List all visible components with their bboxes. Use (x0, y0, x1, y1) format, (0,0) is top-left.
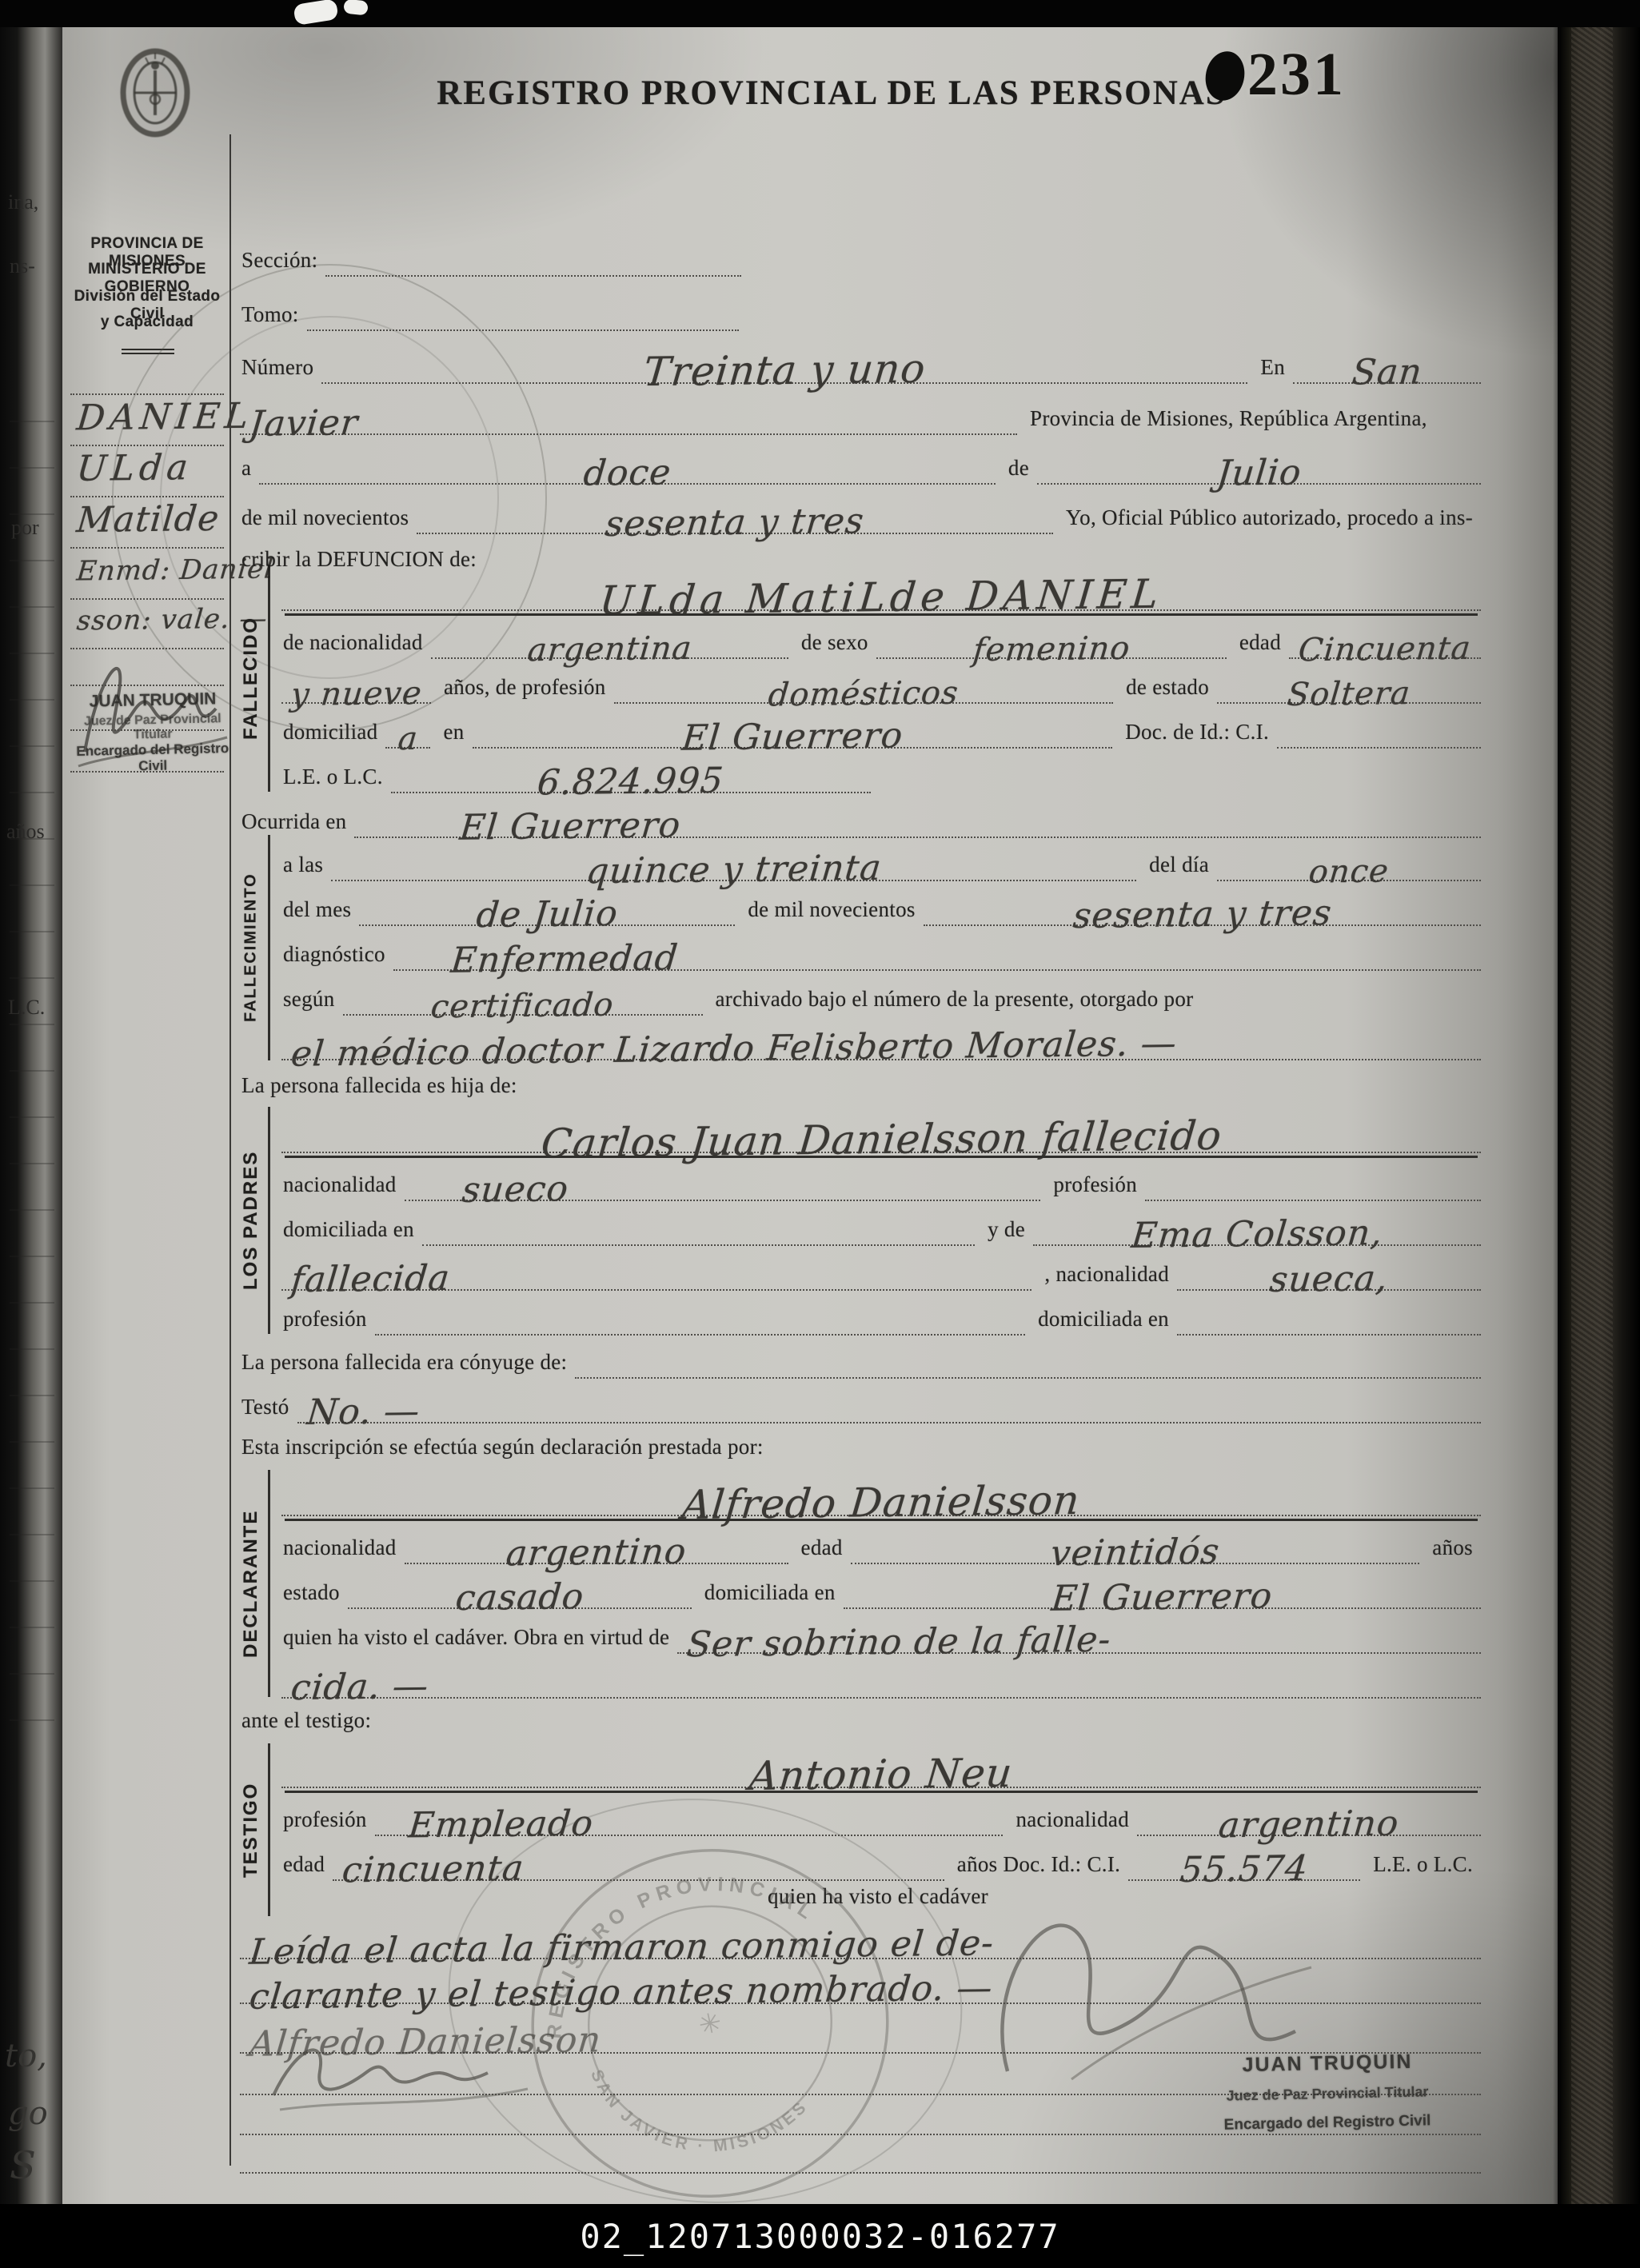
anio-label: de mil novecientos (735, 897, 923, 926)
sidebar-writing-line (70, 445, 224, 446)
numero-label: Número (240, 355, 321, 384)
page-content: REGISTRO PROVINCIAL DE LAS PERSONAS 231 … (0, 0, 1640, 2268)
obra-virtud-row: quien ha visto el cadáver. Obra en virtu… (281, 1611, 1481, 1654)
numero-field: Treinta y uno (321, 333, 1247, 384)
section-bar (268, 565, 270, 792)
edge-text-fragment: años (6, 820, 45, 844)
adjacent-page-line-stubs (10, 376, 54, 1727)
sidebar-writing-line (70, 598, 224, 600)
photo-top-edge (0, 0, 1640, 27)
padre-nacionalidad-field: sueco (405, 1156, 1041, 1201)
seccion-field (325, 232, 741, 277)
domicilio-a-field: a (385, 704, 430, 749)
sidebar-writing-line (70, 771, 224, 773)
declarante-name-row: Alfredo Danielsson (281, 1467, 1481, 1516)
estado-label: de estado (1113, 675, 1217, 704)
padre-profesion-field (1145, 1156, 1481, 1201)
dia-field: once (1217, 837, 1481, 881)
margin-index-name: ULda (75, 452, 194, 485)
de-label: de (996, 456, 1037, 485)
medico-field: el médico doctor Lizardo Felisberto Mora… (281, 1014, 1481, 1060)
testigo-name-field: Antonio Neu (281, 1739, 1481, 1788)
nacionalidad-label: de nacionalidad (281, 630, 431, 659)
tomo-row: Tomo: (240, 288, 1481, 331)
a-label: a (240, 456, 259, 485)
le-lc-field: 6.824.995 (391, 749, 871, 793)
localidad-field: Javier (240, 387, 1017, 435)
official-name-stamp: JUAN TRUQUIN (77, 689, 229, 712)
sidebar-writing-line (70, 547, 224, 549)
svg-text:SAN JAVIER · MISIONES: SAN JAVIER · MISIONES (586, 2026, 817, 2180)
fallecido-name-field: ULda MatiLde DANIEL (281, 560, 1481, 611)
tomo-field (307, 286, 739, 331)
mes-value: Julio (1215, 457, 1303, 490)
nacionalidad2-label: , nacionalidad (1031, 1262, 1177, 1291)
stamp-arc-bottom-text: SAN JAVIER · MISIONES (586, 2026, 817, 2180)
virtud-cont-field: cida. — (281, 1654, 1481, 1699)
mes-row: del mes de Julio de mil novecientos sese… (281, 883, 1481, 926)
domicilio-en-label: en (430, 720, 472, 749)
conyuge-text: La persona fallecida era cónyuge de: (240, 1350, 575, 1379)
hija-de-row: La persona fallecida es hija de: (240, 1064, 1481, 1102)
hija-de-text: La persona fallecida es hija de: (240, 1073, 525, 1102)
padre-name-field: Carlos Juan Danielsson fallecido (281, 1102, 1481, 1153)
anos-label: años (1419, 1535, 1481, 1564)
dia-value: doce (582, 457, 672, 490)
en-label: En (1247, 355, 1293, 384)
estado-field: Soltera (1217, 659, 1481, 704)
conyuge-field (575, 1336, 1481, 1379)
provincia-text: Provincia de Misiones, República Argenti… (1017, 406, 1435, 435)
adjacent-page-edge: ina, ns- por años L.C. to, go S (0, 0, 62, 2268)
declarante-estado-value: casado (454, 1581, 585, 1615)
edge-text-fragment: L.C. (8, 996, 45, 1020)
certificado-row: según certificado archivado bajo el núme… (281, 972, 1481, 1016)
edge-text-fragment: por (11, 516, 39, 540)
tomo-label: Tomo: (240, 302, 307, 331)
diagnostico-row: diagnóstico Enfermedad (281, 928, 1481, 971)
domicilio-field: El Guerrero (473, 704, 1113, 749)
virtud-cont-row: cida. — (281, 1655, 1481, 1699)
testo-row: Testó No. — (240, 1380, 1481, 1423)
fallecido-name-row: ULda MatiLde DANIEL (281, 561, 1481, 611)
fallecido-name: ULda MatiLde DANIEL (598, 577, 1164, 620)
profesion-field: domésticos (614, 659, 1113, 704)
ocurrida-field: El Guerrero (354, 792, 1481, 838)
ante-testigo-text: ante el testigo: (240, 1708, 379, 1737)
anio-field: sesenta y tres (924, 881, 1481, 926)
edad-label: edad (281, 1852, 333, 1881)
declarante-name: Alfredo Danielsson (680, 1483, 1082, 1523)
page-number-stamp: 231 (1247, 40, 1346, 110)
diagnostico-field: Enfermedad (393, 926, 1481, 971)
inscripcion-row: Esta inscripción se efectúa según declar… (240, 1425, 1481, 1463)
medico-row: el médico doctor Lizardo Felisberto Mora… (281, 1016, 1481, 1060)
nacionalidad-label: nacionalidad (1003, 1807, 1137, 1836)
sidebar-writing-line (70, 685, 224, 686)
signature-scribble (264, 2015, 608, 2119)
madre-profesion-field (375, 1291, 1025, 1336)
ocurrida-row: Ocurrida en El Guerrero (240, 793, 1481, 838)
declarante-estado-field: casado (348, 1564, 692, 1609)
hora-row: a las quince y treinta del día once (281, 838, 1481, 881)
fallecida-field: fallecida (281, 1246, 1031, 1291)
anio-label: de mil novecientos (240, 505, 417, 534)
sexo-field: femenino (876, 614, 1227, 659)
scan-footer-bar: 02_120713000032-016277 (0, 2204, 1640, 2268)
nacionalidad-label: nacionalidad (281, 1535, 405, 1564)
anio-field: sesenta y tres (417, 486, 1053, 534)
domiciliada-label: domiciliada en (281, 1217, 422, 1246)
section-label-testigo: TESTIGO (237, 1743, 265, 1916)
dia-field: doce (259, 437, 996, 485)
section-bar (268, 1743, 270, 1916)
domiciliada2-label: domiciliada en (1025, 1307, 1177, 1336)
edge-text-fragment: S (10, 2143, 36, 2188)
testo-value: No. — (305, 1396, 421, 1429)
margin-index-surname: DANIEL (75, 401, 254, 434)
virtud-field: Ser sobrino de la falle- (677, 1609, 1481, 1654)
diagnostico-label: diagnóstico (281, 942, 393, 971)
inscripcion-text: Esta inscripción se efectúa según declar… (240, 1435, 772, 1463)
page-title: REGISTRO PROVINCIAL DE LAS PERSONAS (432, 74, 1231, 113)
en-value: San (1351, 357, 1423, 389)
mes-label: del mes (281, 897, 359, 926)
declarante-domicilio-field: El Guerrero (844, 1564, 1481, 1609)
testigo-name-row: Antonio Neu (281, 1740, 1481, 1788)
fallecido-domicilio-row: domiciliad a en El Guerrero Doc. de Id.:… (281, 705, 1481, 749)
spine-cloth-texture (1571, 0, 1613, 2268)
dia-label: del día (1136, 852, 1217, 881)
y-de-label: y de (975, 1217, 1033, 1246)
visto-obra-label: quien ha visto el cadáver. Obra en virtu… (281, 1625, 677, 1654)
edge-text-fragment: ns- (10, 254, 35, 278)
mes-field: de Julio (359, 881, 735, 926)
section-bar (268, 1107, 270, 1334)
madre-nacionalidad-field: sueca, (1177, 1246, 1481, 1291)
edge-text-fragment: ina, (8, 190, 38, 214)
scan-reference-code: 02_120713000032-016277 (580, 2217, 1059, 2256)
profesion2-label: profesión (281, 1307, 375, 1336)
seccion-label: Sección: (240, 248, 325, 277)
certificado-field: certificado (343, 971, 703, 1016)
stamp-center-star: ✳ (696, 2007, 725, 2041)
ante-testigo-row: ante el testigo: (240, 1700, 1481, 1737)
estado-label: estado (281, 1580, 348, 1609)
numero-row: Número Treinta y uno En San (240, 334, 1481, 384)
seccion-row: Sección: (240, 234, 1481, 277)
domicilio-label: domiciliad (281, 720, 385, 749)
conyuge-row: La persona fallecida era cónyuge de: (240, 1337, 1481, 1379)
section-bar (268, 1470, 270, 1697)
edad-label: edad (788, 1535, 851, 1564)
segun-label: según (281, 987, 343, 1016)
nacionalidad-label: nacionalidad (281, 1172, 405, 1201)
section-bar (268, 835, 270, 1060)
edad2-field: y nueve (281, 659, 431, 704)
declarante-estado-row: estado casado domiciliada en El Guerrero (281, 1566, 1481, 1609)
virtud-cont-value: cida. — (289, 1671, 430, 1704)
testo-field: No. — (297, 1379, 1481, 1423)
oficial-text: Yo, Oficial Público autorizado, procedo … (1053, 505, 1481, 534)
fallecido-libreta-row: L.E. o L.C. 6.824.995 (281, 750, 1481, 793)
domiciliada-label: domiciliada en (692, 1580, 844, 1609)
doc-id-label: Doc. de Id.: C.I. (1112, 720, 1277, 749)
le-lc-label: L.E. o L.C. (1360, 1852, 1481, 1881)
localidad-value: Javier (248, 408, 360, 441)
testigo-nacionalidad-field: argentino (1137, 1791, 1481, 1836)
anio-value: sesenta y tres (605, 505, 866, 541)
declarante-name-field: Alfredo Danielsson (281, 1465, 1481, 1516)
doc-id-field (1277, 704, 1481, 749)
testigo-name: Antonio Neu (748, 1755, 1014, 1795)
fecha-anio-row: de mil novecientos sesenta y tres Yo, Of… (240, 488, 1481, 534)
margin-index-name: Matilde (75, 503, 221, 537)
testo-label: Testó (240, 1395, 297, 1423)
edad-field: Cincuenta (1289, 614, 1481, 659)
fallecido-profesion-row: y nueve años, de profesión domésticos de… (281, 661, 1481, 704)
anos-profesion-label: años, de profesión (431, 675, 614, 704)
declarante-nacionalidad-row: nacionalidad argentino edad veintidós añ… (281, 1521, 1481, 1564)
section-label-declarante: DECLARANTE (237, 1470, 265, 1697)
madre-profesion-row: profesión domiciliada en (281, 1292, 1481, 1336)
sidebar-writing-line (70, 393, 224, 395)
ocurrida-label: Ocurrida en (240, 809, 354, 838)
madre-row: domiciliada en y de Ema Colsson, (281, 1203, 1481, 1246)
mes-field: Julio (1037, 437, 1481, 485)
fallecido-nacionalidad-row: de nacionalidad argentina de sexo femeni… (281, 616, 1481, 659)
padre-nacionalidad-row: nacionalidad sueco profesión (281, 1158, 1481, 1201)
sexo-label: de sexo (788, 630, 876, 659)
sidebar-writing-line (70, 496, 224, 497)
madre-fallecida-row: fallecida , nacionalidad sueca, (281, 1248, 1481, 1291)
archivado-text: archivado bajo el número de la presente,… (703, 987, 1202, 1016)
padre-name: Carlos Juan Danielsson fallecido (539, 1118, 1223, 1162)
hora-field: quince y treinta (331, 837, 1136, 881)
edge-text-fragment: to, (5, 2038, 47, 2074)
declarante-nacionalidad-field: argentino (405, 1519, 788, 1564)
fecha-dia-row: a doce de Julio (240, 438, 1481, 485)
official-role-stamp: Juez de Paz Provincial Titular (70, 712, 236, 744)
le-lc-label: L.E. o L.C. (281, 765, 391, 793)
coat-of-arms-stamp-icon (117, 43, 194, 139)
madre-name-field: Ema Colsson, (1033, 1201, 1481, 1246)
section-label-fallecimiento: FALLECIMIENTO (237, 835, 265, 1060)
profesion-label: profesión (1040, 1172, 1145, 1201)
numero-value: Treinta y uno (642, 351, 928, 390)
book-spine (1553, 0, 1640, 2268)
declarante-edad-field: veintidós (851, 1519, 1420, 1564)
scanned-death-certificate: ina, ns- por años L.C. to, go S REGISTRO… (0, 0, 1640, 2268)
section-label-fallecido: FALLECIDO (237, 565, 265, 792)
padre-name-row: Carlos Juan Danielsson fallecido (281, 1104, 1481, 1153)
localidad-row: Javier Provincia de Misiones, República … (240, 389, 1481, 435)
profesion-label: profesión (281, 1807, 375, 1836)
en-field: San (1293, 333, 1481, 384)
hora-label: a las (281, 852, 331, 881)
padre-domicilio-field (422, 1201, 975, 1246)
edge-text-fragment: go (8, 2095, 48, 2132)
madre-domicilio-field (1177, 1291, 1481, 1336)
edad-label: edad (1227, 630, 1289, 659)
nacionalidad-field: argentina (431, 614, 788, 659)
section-label-padres: LOS PADRES (237, 1107, 265, 1334)
